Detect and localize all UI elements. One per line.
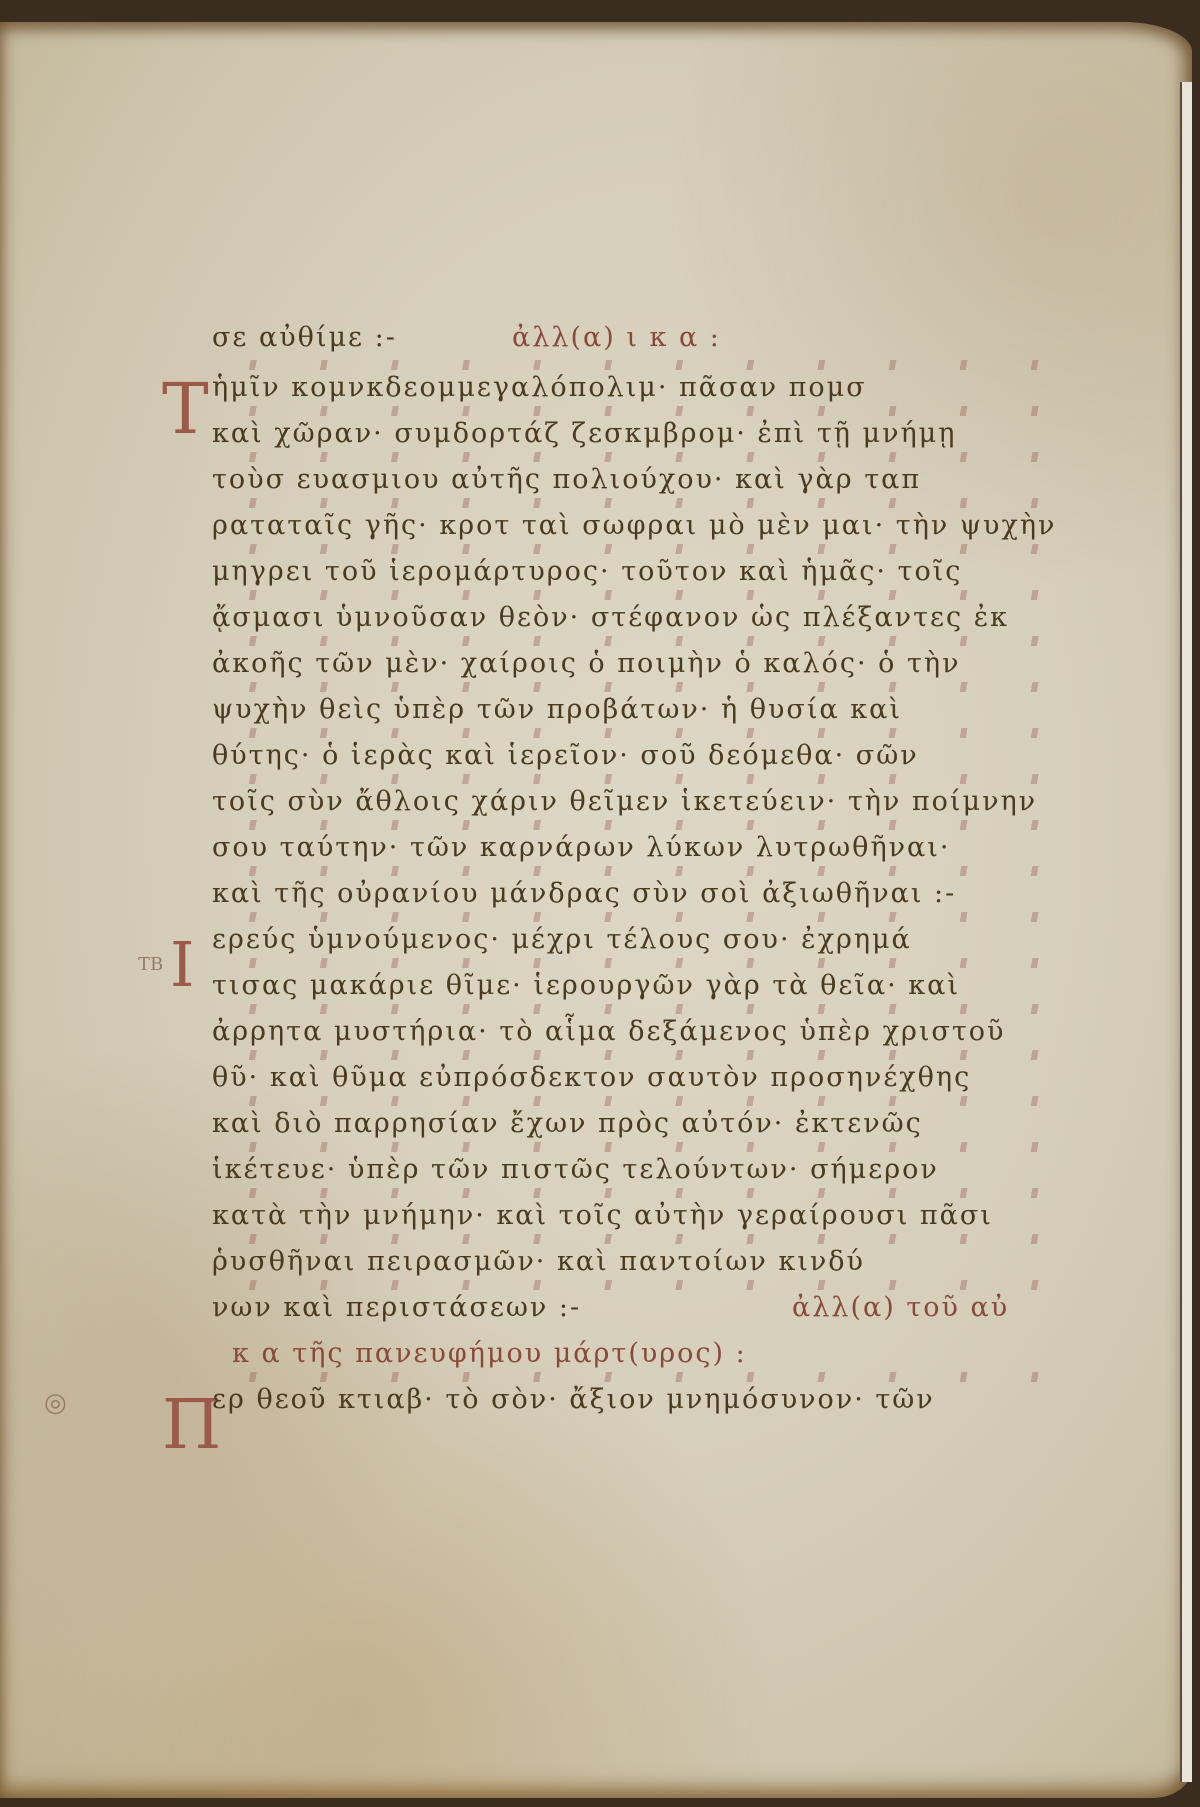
text-line: θύτης· ὁ ἱερὰς καὶ ἱερεῖον· σοῦ δεόμεθα·…: [212, 740, 919, 771]
text-line: σου ταύτην· τῶν καρνάρων λύκων λυτρωθῆνα…: [212, 832, 950, 863]
accents: [212, 1050, 1092, 1060]
text-line: ἀκοῆς τῶν μὲν· χαίροις ὁ ποιμὴν ὁ καλός·…: [212, 648, 961, 679]
text-line: καὶ χῶραν· συμδορτάζ ζεσκμβρομ· ἐπὶ τῇ μ…: [212, 418, 956, 449]
parchment-folio: ΤΒ ◎ σε αὐθίμε :- ἀλλ(α) ι κ α : Τ ἡμῖν …: [0, 22, 1192, 1798]
initial-tau: Τ: [162, 374, 209, 444]
text-line: νων καὶ περιστάσεων :-: [212, 1292, 581, 1323]
accents: [212, 682, 1092, 692]
text-line: καὶ διὸ παρρησίαν ἔχων πρὸς αὐτόν· ἐκτεν…: [212, 1108, 923, 1139]
quire-mark: ΤΒ: [138, 954, 163, 975]
accents: [212, 1096, 1092, 1106]
accents: [212, 912, 1092, 922]
rubric-date: ἀλλ(α) ι κ α :: [512, 322, 721, 353]
accents: [212, 406, 1092, 416]
text-line: ψυχὴν θεὶς ὑπὲρ τῶν προβάτων· ἡ θυσία κα…: [212, 694, 902, 725]
text-line: ερ θεοῦ κτιαβ· τὸ σὸν· ἄξιον μνημόσυνον·…: [212, 1384, 935, 1415]
text-line: ᾄσμασι ὑμνοῦσαν θεὸν· στέφανον ὡς πλέξαν…: [212, 602, 1009, 633]
accents: [212, 590, 1092, 600]
accents: [212, 1004, 1092, 1014]
accents: [212, 1280, 1092, 1290]
text-line: θῦ· καὶ θῦμα εὐπρόσδεκτον σαυτὸν προσηνέ…: [212, 1062, 971, 1093]
accents: [212, 636, 1092, 646]
text-line: ἀρρητα μυστήρια· τὸ αἷμα δεξάμενος ὑπὲρ …: [212, 1016, 1005, 1047]
margin-symbol-icon: ◎: [44, 1388, 67, 1418]
text-line: μηγρει τοῦ ἱερομάρτυρος· τοῦτον καὶ ἡμᾶς…: [212, 556, 962, 587]
text-line: ραταταῖς γῆς· κροτ ταὶ σωφραι μὸ μὲν μαι…: [212, 510, 1056, 541]
accents: [212, 958, 1092, 968]
rubric-heading-part1: ἀλλ(α) τοῦ αὐ: [792, 1292, 1009, 1323]
accents: [212, 360, 1092, 370]
accents: [212, 1142, 1092, 1152]
accents: [212, 1372, 1092, 1382]
accents: [212, 544, 1092, 554]
text-line: τοὺσ ευασμιου αὐτῆς πολιούχου· καὶ γὰρ τ…: [212, 464, 921, 495]
text-line: ῥυσθῆναι πειρασμῶν· καὶ παντοίων κινδύ: [212, 1246, 865, 1277]
accents: [212, 820, 1092, 830]
accents: [212, 774, 1092, 784]
accents: [212, 1234, 1092, 1244]
text-line: ερεύς ὑμνούμενος· μέχρι τέλους σου· ἐχρη…: [212, 924, 912, 955]
accents: [212, 1188, 1092, 1198]
heading-line-end: σε αὐθίμε :-: [212, 322, 397, 353]
text-line: κατὰ τὴν μνήμην· καὶ τοῖς αὐτὴν γεραίρου…: [212, 1200, 993, 1231]
text-line: ἱκέτευε· ὑπὲρ τῶν πιστῶς τελούντων· σήμε…: [212, 1154, 939, 1185]
text-line: τοῖς σὺν ἄθλοις χάριν θεῖμεν ἱκετεύειν· …: [212, 786, 1037, 817]
initial-iota: Ι: [170, 934, 195, 996]
manuscript-photo: ΤΒ ◎ σε αὐθίμε :- ἀλλ(α) ι κ α : Τ ἡμῖν …: [0, 0, 1200, 1807]
accents: [212, 452, 1092, 462]
accents: [212, 728, 1092, 738]
rubric-heading-part2: κ α τῆς πανευφήμου μάρτ(υρος) :: [232, 1338, 747, 1369]
text-line: καὶ τῆς οὐρανίου μάνδρας σὺν σοὶ ἀξιωθῆν…: [212, 878, 956, 909]
text-line: ἡμῖν κομνκδεομμεγαλόπολιμ· πᾶσαν πομσ: [212, 372, 867, 403]
page-edge: [1180, 82, 1192, 1782]
accents: [212, 498, 1092, 508]
text-line: τισας μακάριε θῖμε· ἱερουργῶν γὰρ τὰ θεῖ…: [212, 970, 960, 1001]
accents: [212, 866, 1092, 876]
